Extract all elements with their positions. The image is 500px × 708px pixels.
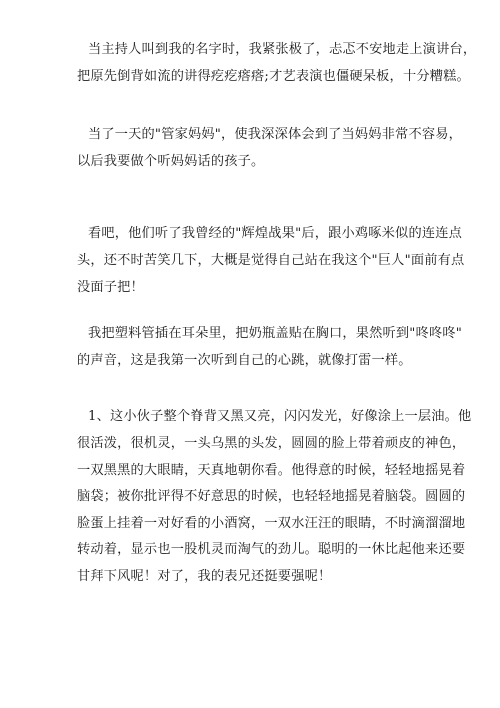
paragraph-3: 看吧，他们听了我曾经的"辉煌战果"后，跟小鸡啄米似的连连点 头，还不时苦笑几下，… (77, 221, 427, 301)
paragraph-line: 转动着，显示也一股机灵而淘气的劲儿。聪明的一休比起他来还要 (77, 537, 427, 564)
paragraph-line: 头，还不时苦笑几下，大概是觉得自己站在我这个"巨人"面前有点 (77, 248, 427, 275)
paragraph-4: 我把塑料管插在耳朵里，把奶瓶盖贴在胸口，果然听到"咚咚咚" 的声音，这是我第一次… (77, 321, 427, 374)
paragraph-line: 的声音，这是我第一次听到自己的心跳，就像打雷一样。 (77, 348, 427, 375)
paragraph-1: 当主持人叫到我的名字时，我紧张极了，忐忑不安地走上演讲台， 把原先倒背如流的讲得… (77, 37, 427, 90)
paragraph-line: 看吧，他们听了我曾经的"辉煌战果"后，跟小鸡啄米似的连连点 (77, 221, 427, 248)
paragraph-line: 当了一天的"管家妈妈"，使我深深体会到了当妈妈非常不容易， (77, 122, 427, 149)
paragraph-line: 以后我要做个听妈妈话的孩子。 (77, 149, 427, 176)
paragraph-line: 脸蛋上挂着一对好看的小酒窝，一双水汪汪的眼睛，不时滴溜溜地 (77, 511, 427, 538)
paragraph-line: 一双黑黑的大眼睛，天真地朝你看。他得意的时候，轻轻地摇晃着 (77, 458, 427, 485)
paragraph-2: 当了一天的"管家妈妈"，使我深深体会到了当妈妈非常不容易， 以后我要做个听妈妈话… (77, 122, 427, 175)
paragraph-line: 脑袋；被你批评得不好意思的时候，也轻轻地摇晃着脑袋。圆圆的 (77, 484, 427, 511)
document-page: 当主持人叫到我的名字时，我紧张极了，忐忑不安地走上演讲台， 把原先倒背如流的讲得… (77, 37, 427, 623)
paragraph-line: 1、这小伙子整个脊背又黑又亮，闪闪发光，好像涂上一层油。他 (77, 404, 427, 431)
paragraph-line: 把原先倒背如流的讲得疙疙瘩瘩;才艺表演也僵硬呆板，十分糟糕。 (77, 64, 427, 91)
paragraph-line: 甘拜下风呢！对了，我的表兄还挺要强呢！ (77, 564, 427, 591)
paragraph-line: 没面子把！ (77, 275, 427, 302)
paragraph-line: 当主持人叫到我的名字时，我紧张极了，忐忑不安地走上演讲台， (77, 37, 427, 64)
paragraph-line: 很活泼，很机灵，一头乌黑的头发，圆圆的脸上带着顽皮的神色， (77, 431, 427, 458)
paragraph-5: 1、这小伙子整个脊背又黑又亮，闪闪发光，好像涂上一层油。他 很活泼，很机灵，一头… (77, 404, 427, 590)
paragraph-line: 我把塑料管插在耳朵里，把奶瓶盖贴在胸口，果然听到"咚咚咚" (77, 321, 427, 348)
